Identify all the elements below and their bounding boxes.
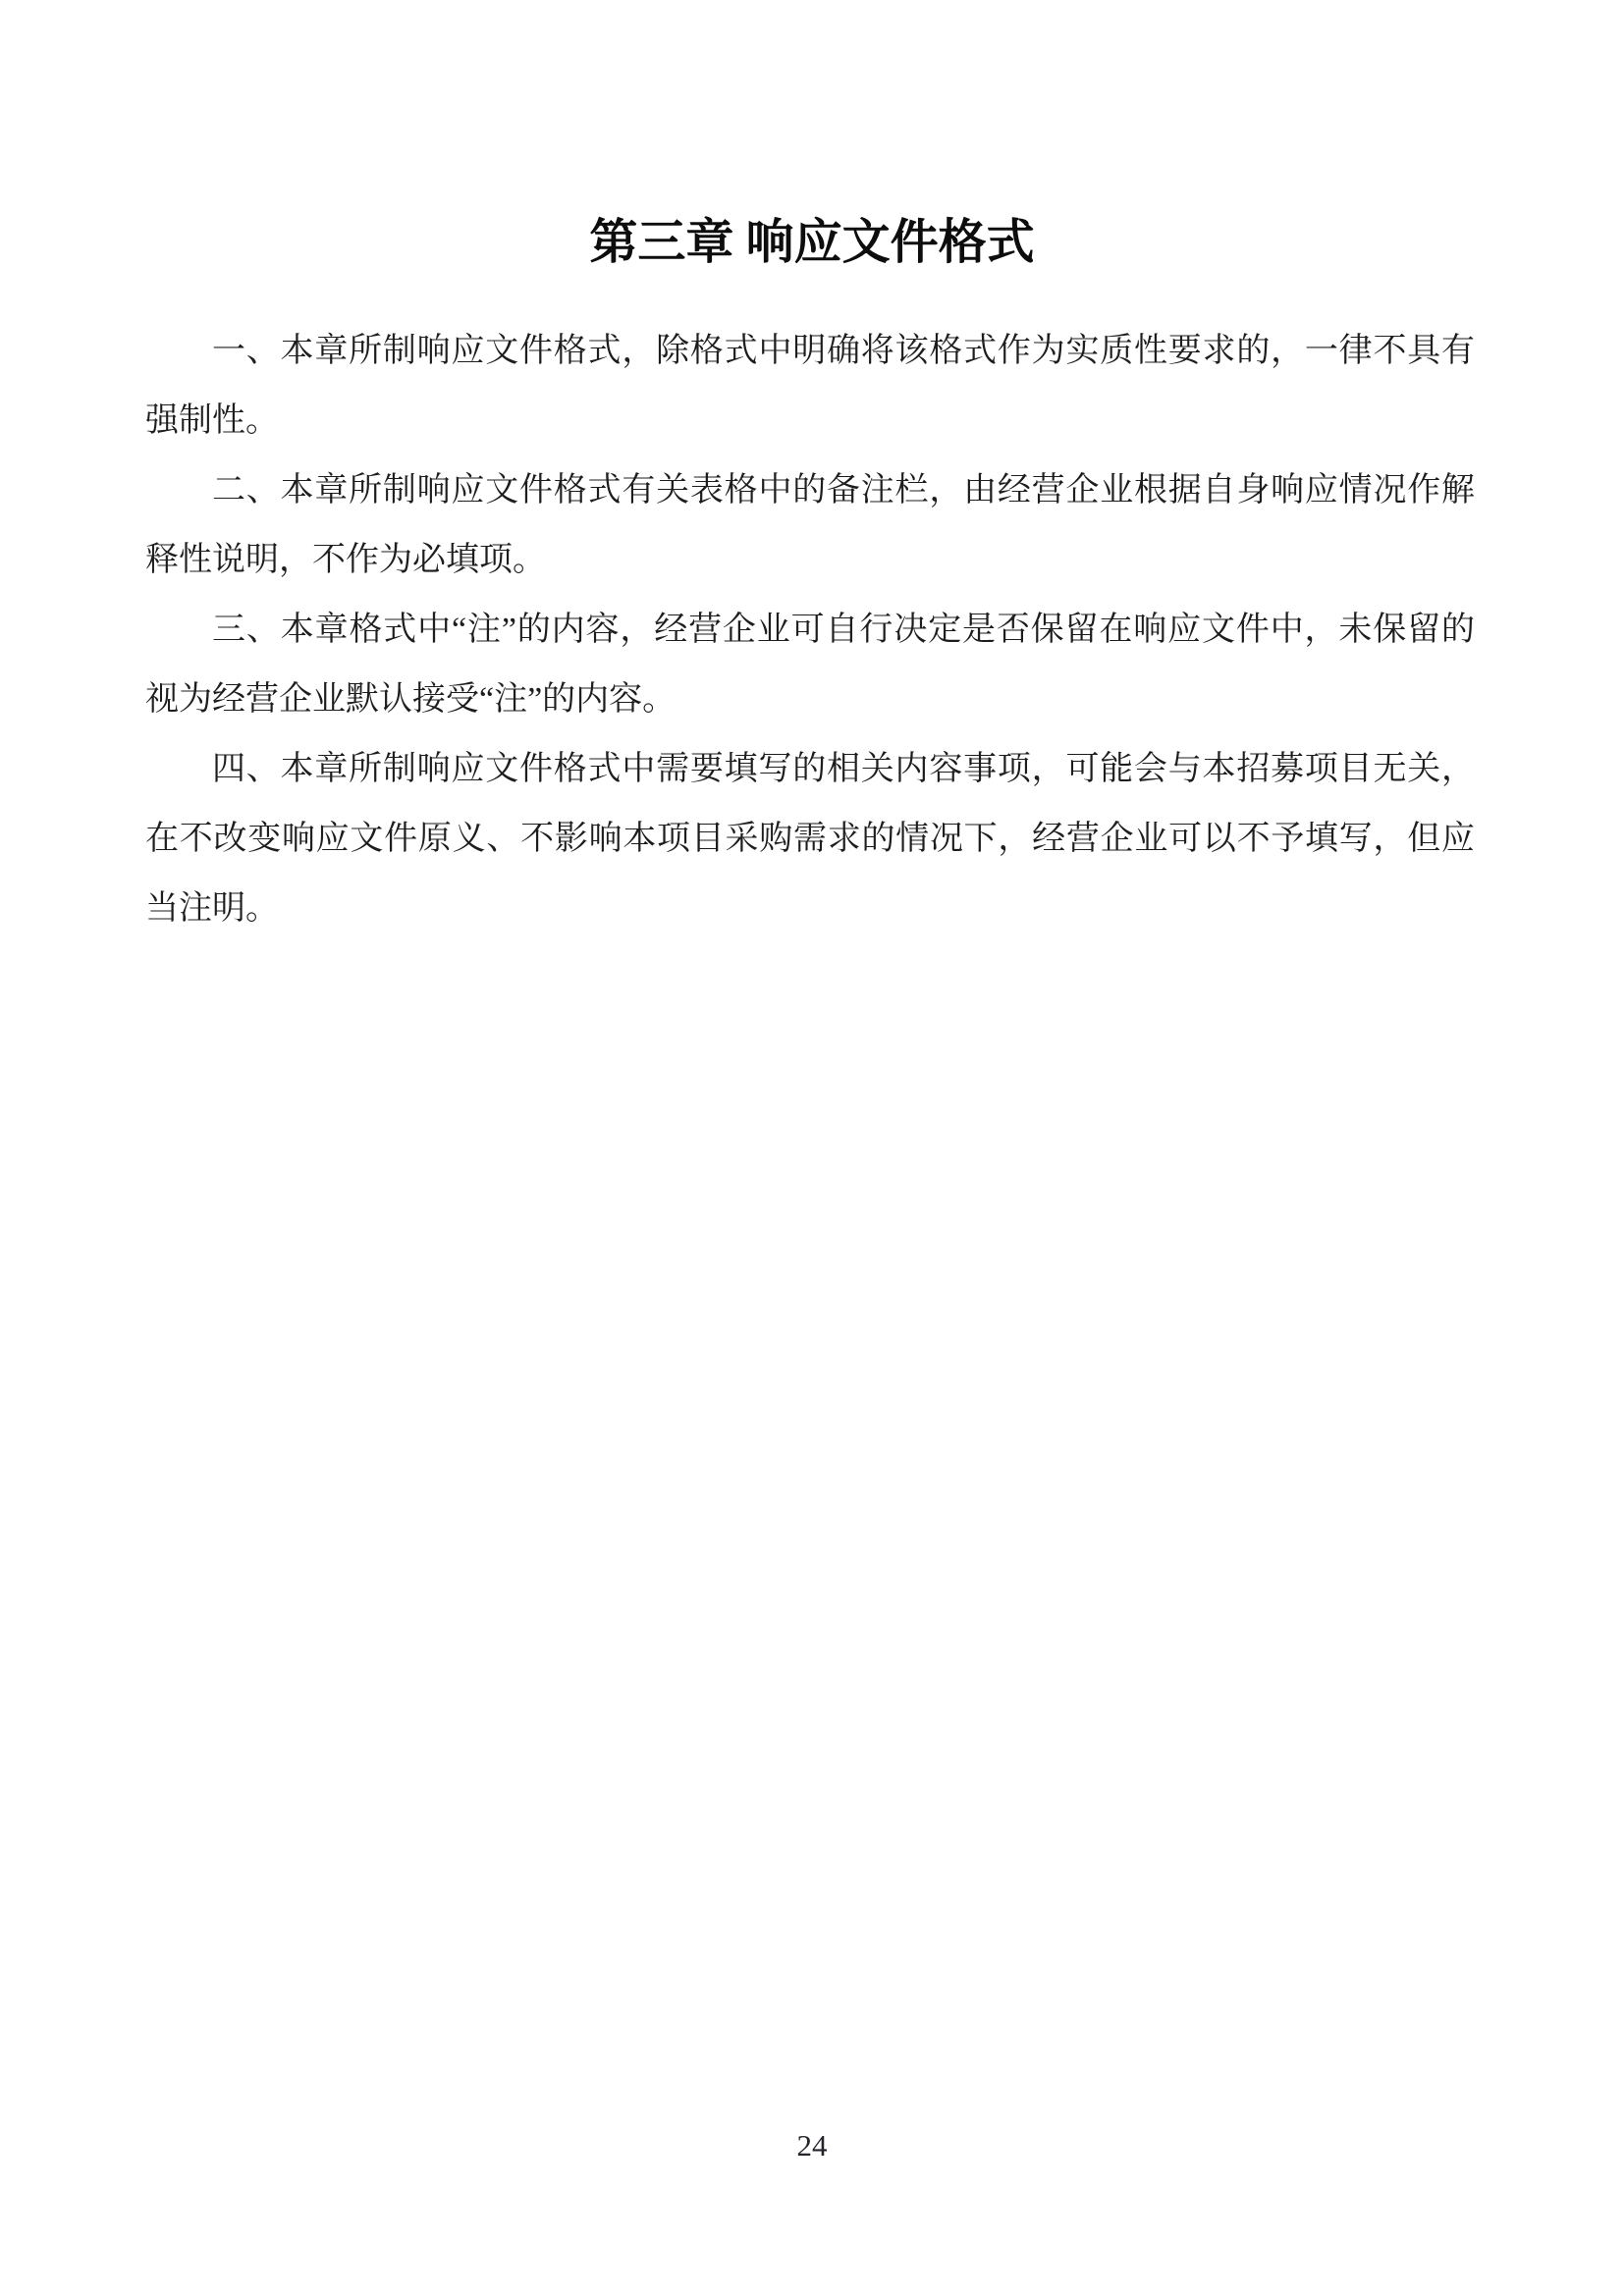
page-number: 24 <box>0 2126 1624 2165</box>
paragraph-4: 四、本章所制响应文件格式中需要填写的相关内容事项，可能会与本招募项目无关，在不改… <box>145 734 1475 943</box>
paragraph-3: 三、本章格式中“注”的内容，经营企业可自行决定是否保留在响应文件中，未保留的视为… <box>145 595 1475 734</box>
document-page: 第三章 响应文件格式 一、本章所制响应文件格式，除格式中明确将该格式作为实质性要… <box>0 0 1624 2296</box>
chapter-title: 第三章 响应文件格式 <box>0 212 1624 273</box>
paragraph-2: 二、本章所制响应文件格式有关表格中的备注栏，由经营企业根据自身响应情况作解释性说… <box>145 455 1475 595</box>
paragraph-1: 一、本章所制响应文件格式，除格式中明确将该格式作为实质性要求的，一律不具有强制性… <box>145 316 1475 455</box>
document-body: 一、本章所制响应文件格式，除格式中明确将该格式作为实质性要求的，一律不具有强制性… <box>145 316 1475 943</box>
